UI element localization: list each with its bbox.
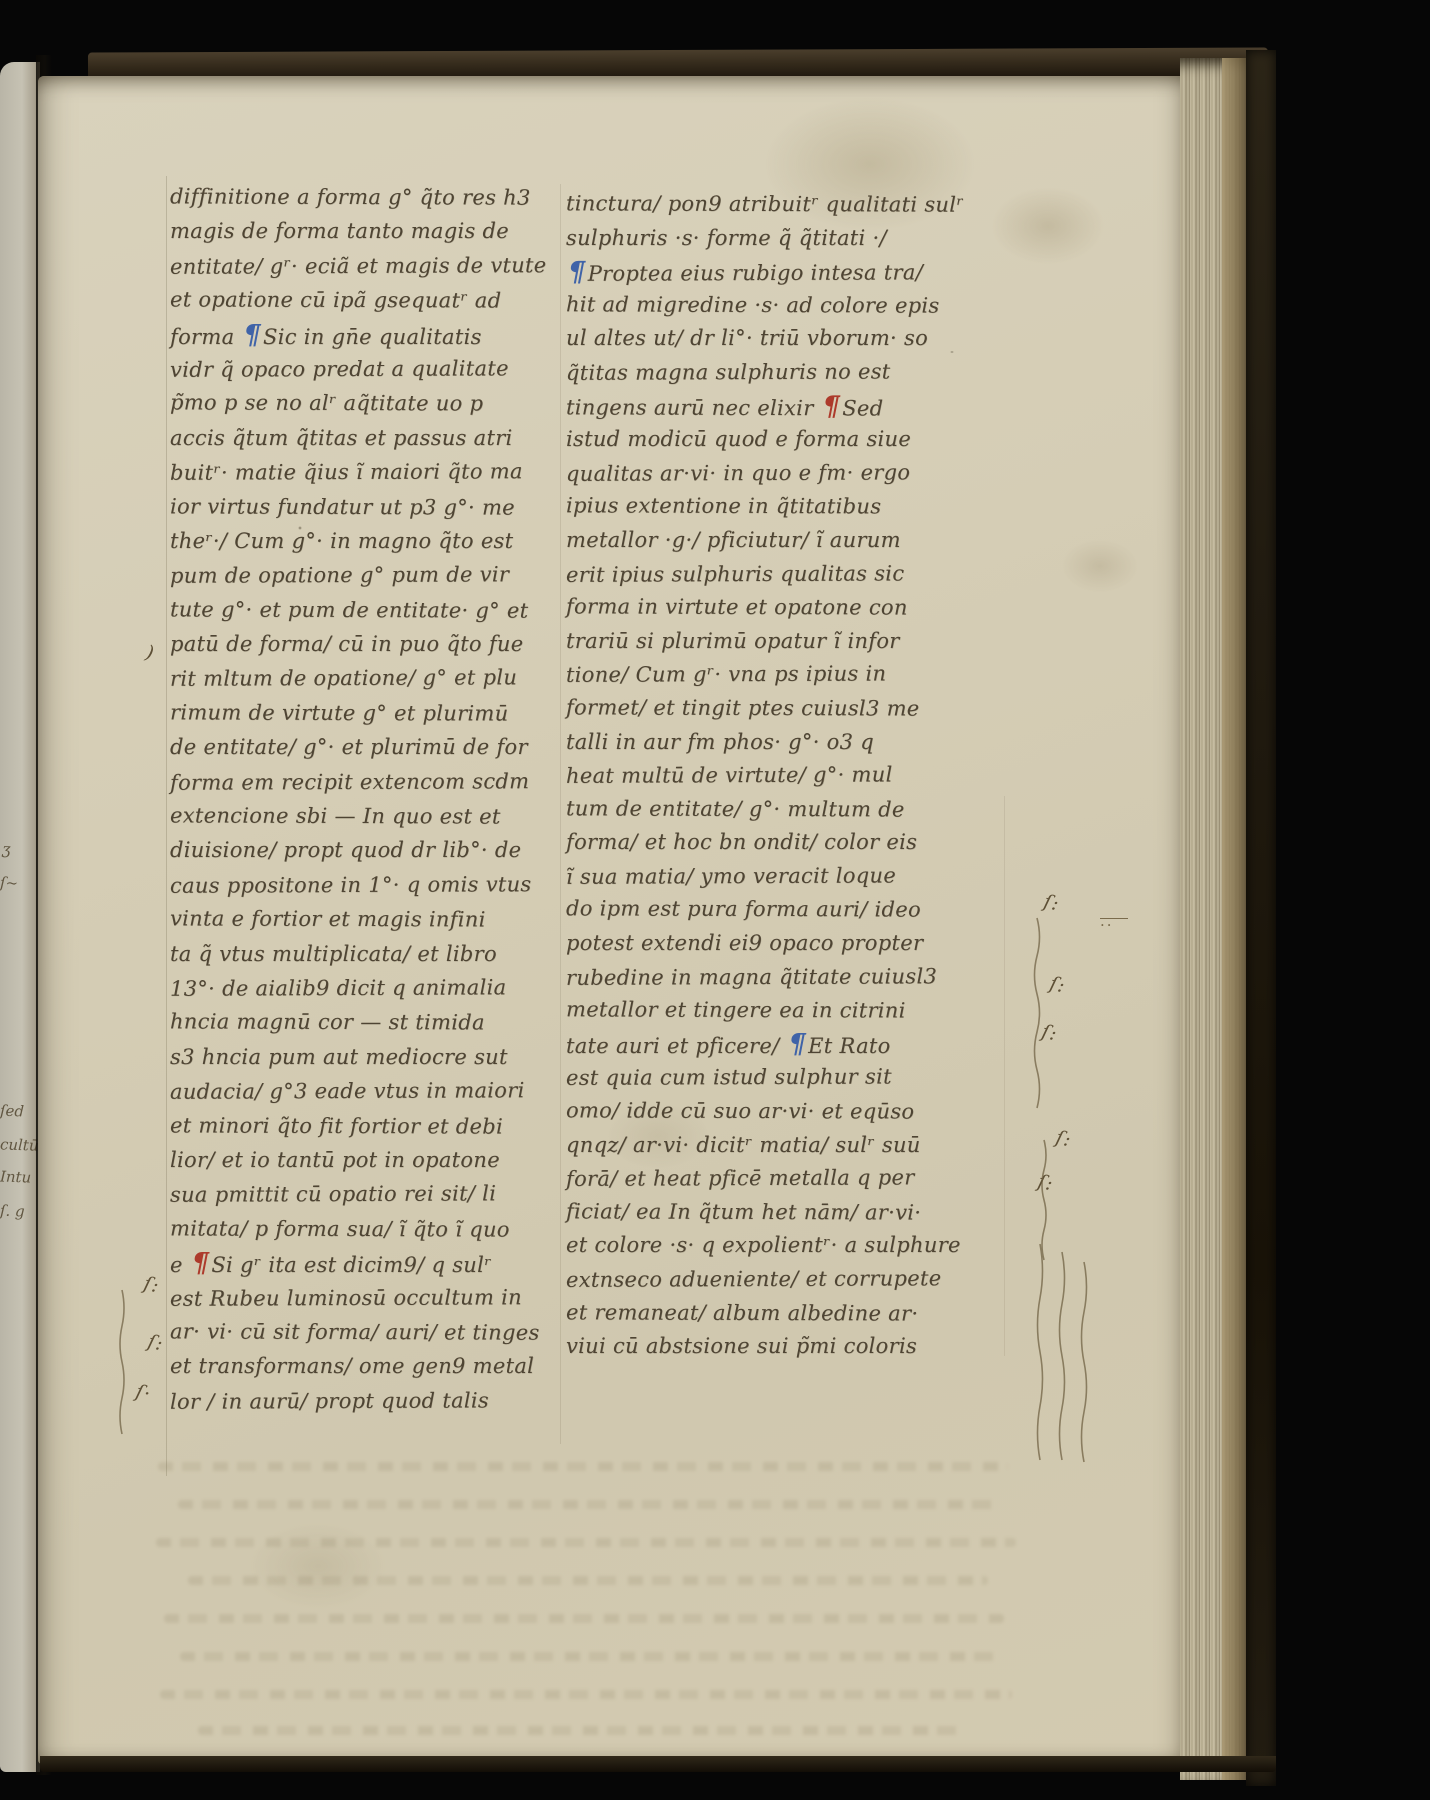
manuscript-text-line: extnseco adueniente/ et corrupete	[566, 1262, 966, 1297]
pilcrow-mark: ¶	[190, 1247, 212, 1279]
manuscript-text-line: p̃mo p se no alʳ aq̃titate uo p	[170, 386, 530, 422]
manuscript-text-line: ficiat/ ea In q̃tum het nām/ ar·vi·	[566, 1195, 966, 1230]
bleed-through-line	[198, 1726, 958, 1735]
manuscript-text-line: tinctura/ pon9 atribuitʳ qualitati sulʳ	[566, 187, 966, 222]
bleed-through-line	[188, 1576, 988, 1585]
manuscript-text-line: ior virtus fundatur ut p3 g°· me	[170, 489, 530, 525]
margin-nota-mark: ſ:	[1048, 972, 1068, 997]
manuscript-text-line: buitʳ· matie q̃ius ĩ maiori q̃to ma	[170, 454, 530, 490]
manuscript-text-line: tingens aurū nec elixir ¶Sed	[566, 389, 966, 424]
bleed-through-line	[180, 1652, 995, 1661]
bleed-through-line	[164, 1614, 1004, 1623]
manuscript-text-line: formet/ et tingit ptes cuiusl3 me	[566, 691, 966, 726]
margin-nota-mark: ſ·	[134, 1381, 154, 1406]
manuscript-text-line: et minori q̃to fit fortior et debi	[170, 1108, 530, 1144]
pilcrow-mark: ¶	[786, 1028, 808, 1060]
manuscript-text-line: sulphuris ·s· forme q̃ q̃titati ·/	[566, 222, 966, 256]
text-column-1: diffinitione a forma g° q̃to res h3magis…	[170, 180, 530, 1418]
manuscript-text-line: e ¶Si gʳ ita est dicim9/ q sulʳ	[170, 1246, 530, 1280]
manuscript-text-line: tione/ Cum gʳ· vna ps ipius in	[566, 657, 966, 692]
manuscript-text-line: qualitas ar·vi· in quo e fm· ergo	[566, 456, 966, 491]
manuscript-text-line: est quia cum istud sulphur sit	[566, 1061, 966, 1096]
margin-nota-mark: )	[143, 641, 156, 664]
text-column-2: tinctura/ pon9 atribuitʳ qualitati sulʳs…	[566, 188, 966, 1364]
manuscript-text-line: rubedine in magna q̃titate cuiusl3	[566, 960, 966, 995]
book-bottom-edge	[40, 1756, 1276, 1772]
page-crease-line	[1004, 796, 1005, 1356]
manuscript-page: 71 diffinitione a forma g° q̃to res h3ma…	[38, 76, 1186, 1764]
manuscript-text-line: forma in virtute et opatone con	[566, 590, 966, 625]
manuscript-text-line: tute g°· et pum de entitate· g° et	[170, 592, 530, 628]
manuscript-text-line: hit ad migredine ·s· ad colore epis	[566, 288, 966, 323]
manuscript-text-line: istud modicū quod e forma siue	[566, 423, 966, 457]
manuscript-text-line: metallor ·g·/ pficiutur/ ĩ aurum	[566, 524, 966, 558]
manuscript-text-line: theʳ·/ Cum g°· in magno q̃to est	[170, 524, 530, 558]
pilcrow-mark: ¶	[820, 390, 842, 422]
manuscript-text-line: extencione sbi — In quo est et	[170, 798, 530, 834]
facing-page-text-fragment: ſed	[0, 1102, 24, 1121]
manuscript-text-line: vidr q̃ opaco predat a qualitate	[170, 351, 530, 387]
manuscript-text-line: forā/ et heat pficē metalla q per	[566, 1161, 966, 1196]
bleed-through-line	[160, 1690, 1012, 1699]
facing-page-text-fragment: ʒ	[2, 840, 11, 858]
manuscript-text-line: tate auri et pficere/ ¶Et Rato	[566, 1028, 966, 1062]
manuscript-text-line: ul altes ut/ dr li°· triū vborum· so	[566, 322, 966, 356]
bleed-through-line	[156, 1538, 1016, 1547]
manuscript-text-line: lor / in aurū/ propt quod talis	[170, 1383, 530, 1419]
manuscript-text-line: audacia/ g°3 eade vtus in maiori	[170, 1073, 530, 1109]
manuscript-text-line: qnqz/ ar·vi· dicitʳ matia/ sulʳ suū	[566, 1129, 966, 1163]
manuscript-text-line: accis q̃tum q̃titas et passus atri	[170, 421, 530, 455]
manuscript-text-line: forma em recipit extencom scdm	[170, 764, 530, 800]
manuscript-text-line: heat multū de virtute/ g°· mul	[566, 758, 966, 793]
manuscript-text-line: et remaneat/ album albedine ar·	[566, 1296, 966, 1331]
manuscript-text-line: talli in aur fm phos· g°· o3 q	[566, 726, 966, 760]
manuscript-text-line: magis de forma tanto magis de	[170, 214, 530, 248]
manuscript-text-line: rimum de virtute g° et plurimū	[170, 695, 530, 731]
manuscript-text-line: entitate/ gʳ· eciã et magis de vtute	[170, 248, 530, 284]
margin-nota-mark: ſ:	[1042, 890, 1062, 915]
manuscript-text-line: et colore ·s· q expolientʳ· a sulphure	[566, 1229, 966, 1263]
column-ruling-line	[560, 184, 561, 1444]
facing-page-text-fragment: Intu	[0, 1167, 32, 1186]
margin-nota-mark: ſ:	[1036, 1170, 1056, 1195]
manuscript-text-line: et transformans/ ome gen9 metal	[170, 1349, 530, 1383]
margin-nota-mark: ſ:	[1054, 1126, 1074, 1151]
column-ruling-line	[166, 176, 167, 1476]
manuscript-text-line: forma ¶Sic in gn̄e qualitatis	[170, 318, 530, 352]
manuscript-text-line: ipius extentione in q̃titatibus	[566, 490, 966, 525]
manuscript-text-line: ¶Proptea eius rubigo intesa tra/	[566, 254, 966, 289]
facing-page-text-fragment: cultū	[0, 1135, 39, 1154]
manuscript-text-line: ta q̃ vtus multiplicata/ et libro	[170, 937, 530, 971]
manuscript-text-line: 13°· de aialib9 dicit q animalia	[170, 970, 530, 1006]
manuscript-text-line: ĩ sua matia/ ymo veracit loque	[566, 859, 966, 894]
manuscript-text-line: lior/ et io tantū pot in opatone	[170, 1143, 530, 1177]
manuscript-text-line: s3 hncia pum aut mediocre sut	[170, 1040, 530, 1074]
bleed-through-line	[178, 1500, 998, 1509]
manuscript-text-line: de entitate/ g°· et plurimū de for	[170, 730, 530, 764]
manuscript-text-line: diuisione/ propt quod dr lib°· de	[170, 833, 530, 867]
manuscript-text-line: viui cū abstsione sui p̃mi coloris	[566, 1330, 966, 1364]
pilcrow-mark: ¶	[241, 319, 263, 351]
manuscript-text-line: tum de entitate/ g°· multum de	[566, 792, 966, 827]
manuscript-text-line: vinta e fortior et magis infini	[170, 902, 530, 938]
manuscript-text-line: rit mltum de opatione/ g° et plu	[170, 661, 530, 697]
manuscript-text-line: diffinitione a forma g° q̃to res h3	[170, 179, 530, 215]
manuscript-text-line: potest extendi ei9 opaco propter	[566, 927, 966, 961]
bleed-through-line	[158, 1462, 1008, 1471]
manuscript-text-line: pum de opatione g° pum de vir	[170, 558, 530, 594]
manuscript-text-line: q̃titas magna sulphuris no est	[566, 355, 966, 390]
manuscript-text-line: patū de forma/ cū in puo q̃to fue	[170, 627, 530, 661]
margin-nota-mark: ſ:	[1040, 1020, 1060, 1045]
photograph-of-open-book: ʒ ſ~ ſed cultū Intu ſ. g 71 diffinitione…	[0, 0, 1430, 1800]
margin-dots-mark: ··	[1100, 918, 1128, 929]
margin-nota-mark: ſ:	[146, 1330, 166, 1355]
manuscript-text-line: metallor et tingere ea in citrini	[566, 994, 966, 1029]
manuscript-text-line: omo/ idde cū suo ar·vi· et eqūso	[566, 1094, 966, 1129]
manuscript-text-line: est Rubeu luminosū occultum in	[170, 1280, 530, 1316]
manuscript-text-line: trariū si plurimū opatur ĩ infor	[566, 625, 966, 659]
manuscript-text-line: mitata/ p forma sua/ ĩ q̃to ĩ quo	[170, 1211, 530, 1247]
margin-nota-mark: ſ:	[142, 1272, 162, 1297]
manuscript-text-line: hncia magnū cor — st timida	[170, 1005, 530, 1041]
manuscript-text-line: ar· vi· cū sit forma/ auri/ et tinges	[170, 1314, 530, 1350]
manuscript-text-line: caus ppositone in 1°· q omis vtus	[170, 867, 530, 903]
manuscript-text-line: et opatione cū ipã gsequatʳ ad	[170, 283, 530, 319]
manuscript-text-line: sua pmittit cū opatio rei sit/ li	[170, 1177, 530, 1213]
pilcrow-mark: ¶	[566, 256, 588, 288]
book-cover-right-edge	[1246, 50, 1276, 1786]
facing-page-edge: ʒ ſ~ ſed cultū Intu ſ. g	[0, 62, 40, 1772]
manuscript-text-line: do ipm est pura forma auri/ ideo	[566, 893, 966, 928]
manuscript-text-line: forma/ et hoc bn ondit/ color eis	[566, 826, 966, 860]
facing-page-text-fragment: ſ~	[0, 874, 18, 893]
manuscript-text-line: erit ipius sulphuris qualitas sic	[566, 557, 966, 592]
facing-page-text-fragment: ſ. g	[0, 1202, 25, 1221]
